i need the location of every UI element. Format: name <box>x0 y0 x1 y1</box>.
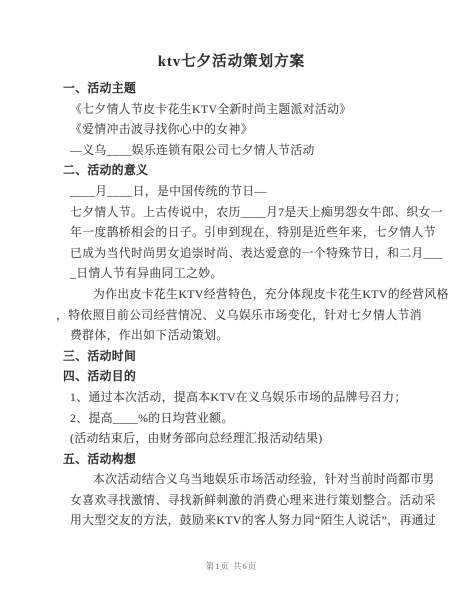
doc-line-body: (活动结束后，由财务部向总经理汇报活动结果) <box>70 428 463 449</box>
doc-line-body-cont: 费群体，作出如下活动策划。 <box>70 325 463 346</box>
doc-line-body-cont: 用大型交友的方法，鼓励来KTV的客人努力同“陌生人说话”，再通过 <box>70 510 463 531</box>
doc-line-body: —义乌____娱乐连锁有限公司七夕情人节活动 <box>70 140 463 161</box>
doc-line-body: 1、通过本次活动，提高本KTV在义乌娱乐市场的品牌号召力； <box>70 387 463 408</box>
doc-line-body-hang: ，特依照目前公司经营情况、义乌娱乐市场变化，针对七夕情人节消 <box>56 305 463 326</box>
doc-line-body-indent: 为作出皮卡花生KTV经营特色，充分体现皮卡花生KTV的经营风格 <box>93 284 463 305</box>
doc-line-heading: 四、活动目的 <box>63 366 463 387</box>
doc-line-heading: 五、活动构想 <box>63 449 463 470</box>
doc-line-body: 《爱情冲击波寻找你心中的女神》 <box>70 119 463 140</box>
document-page: ktv七夕活动策划方案 一、活动主题《七夕情人节皮卡花生KTV全新时尚主题派对活… <box>0 0 463 600</box>
doc-line-body-cont: 年一度鹊桥相会的日子。引申到现在，特别是近些年来，七夕情人节 <box>70 222 463 243</box>
doc-line-body: ____月____日，是中国传统的节日— <box>70 181 463 202</box>
document-body: 一、活动主题《七夕情人节皮卡花生KTV全新时尚主题派对活动》《爱情冲击波寻找你心… <box>0 73 463 531</box>
doc-line-body-cont: 女喜欢寻找激情、寻找新鲜刺激的消费心理来进行策划整合。活动采 <box>70 490 463 511</box>
doc-line-body-cont: _日情人节有异曲同工之妙。 <box>70 263 463 284</box>
doc-line-body: 2、提高____%的日均营业额。 <box>70 408 463 429</box>
doc-line-heading: 三、活动时间 <box>63 346 463 367</box>
doc-line-heading: 一、活动主题 <box>63 78 463 99</box>
doc-line-body-indent: 本次活动结合义乌当地娱乐市场活动经验，针对当前时尚都市男 <box>93 469 463 490</box>
doc-line-body: 《七夕情人节皮卡花生KTV全新时尚主题派对活动》 <box>70 99 463 120</box>
doc-line-body-cont: 七夕情人节。上古传说中，农历____月7是天上痴男怨女牛郎、织女一 <box>70 202 463 223</box>
doc-line-body-cont: 已成为当代时尚男女追崇时尚、表达爱意的一个特殊节日，和二月___ <box>70 243 463 264</box>
doc-line-heading: 二、活动的意义 <box>63 160 463 181</box>
page-title: ktv七夕活动策划方案 <box>0 0 463 73</box>
page-number-footer: 第1页 共6页 <box>0 560 463 572</box>
